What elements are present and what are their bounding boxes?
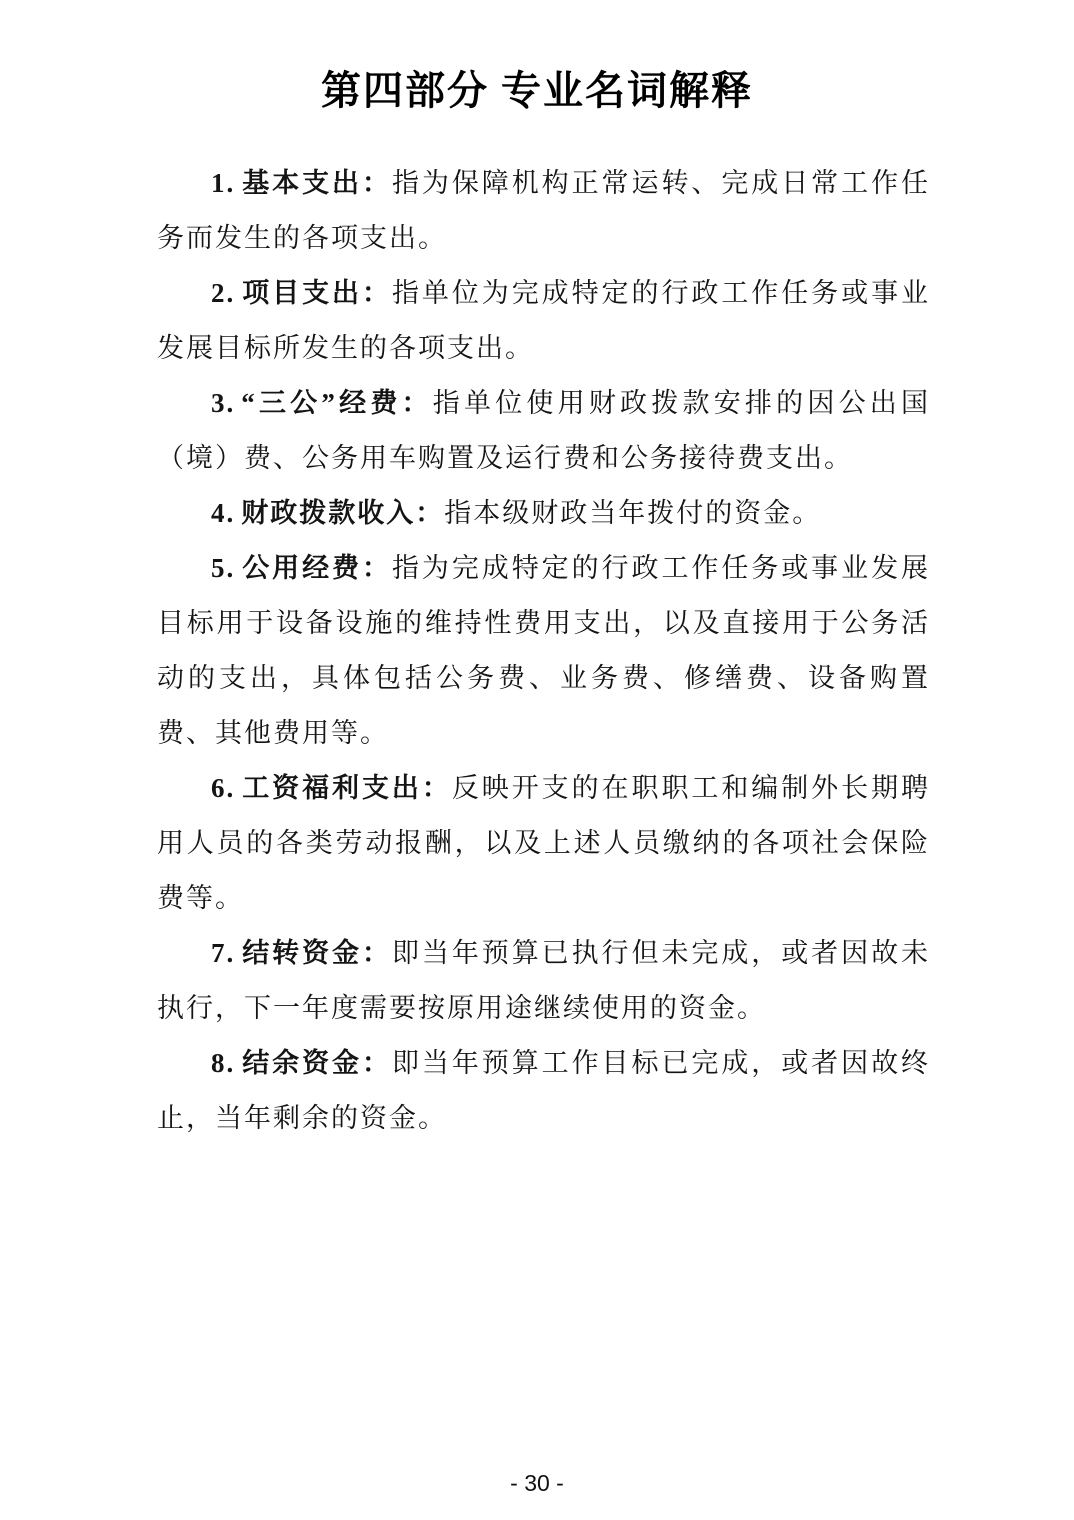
definition-term: 结余资金：	[241, 1048, 392, 1078]
definition-number: 6.	[211, 773, 235, 803]
definition-number: 7.	[211, 938, 235, 968]
page-number: - 30 -	[0, 1468, 1074, 1498]
definition-item-8: 8.结余资金：即当年预算工作目标已完成，或者因故终止，当年剩余的资金。	[157, 1036, 930, 1146]
definition-number: 5.	[211, 553, 235, 583]
definition-number: 8.	[211, 1048, 235, 1078]
definition-body: 指本级财政当年拨付的资金。	[444, 498, 821, 528]
definition-item-6: 6.工资福利支出：反映开支的在职职工和编制外长期聘用人员的各类劳动报酬，以及上述…	[157, 761, 930, 926]
definition-number: 2.	[211, 278, 235, 308]
document-page: 第四部分 专业名词解释 1.基本支出：指为保障机构正常运转、完成日常工作任务而发…	[0, 0, 1074, 1520]
definition-item-5: 5.公用经费：指为完成特定的行政工作任务或事业发展目标用于设备设施的维持性费用支…	[157, 541, 930, 761]
definition-number: 4.	[211, 498, 235, 528]
definition-number: 3.	[211, 388, 235, 418]
definition-item-4: 4.财政拨款收入：指本级财政当年拨付的资金。	[157, 486, 930, 541]
definition-item-7: 7.结转资金：即当年预算已执行但未完成，或者因故未执行，下一年度需要按原用途继续…	[157, 926, 930, 1036]
definition-term: 工资福利支出：	[241, 773, 452, 803]
definition-term: 基本支出：	[241, 168, 392, 198]
definition-item-3: 3.“三公”经费：指单位使用财政拨款安排的因公出国（境）费、公务用车购置及运行费…	[157, 376, 930, 486]
definition-term: “三公”经费：	[241, 388, 433, 418]
definition-number: 1.	[211, 168, 235, 198]
definition-term: 公用经费：	[241, 553, 392, 583]
definitions-section: 1.基本支出：指为保障机构正常运转、完成日常工作任务而发生的各项支出。 2.项目…	[0, 156, 1074, 1146]
definition-term: 结转资金：	[241, 938, 392, 968]
page-title: 第四部分 专业名词解释	[0, 0, 1074, 120]
definition-item-1: 1.基本支出：指为保障机构正常运转、完成日常工作任务而发生的各项支出。	[157, 156, 930, 266]
definition-item-2: 2.项目支出：指单位为完成特定的行政工作任务或事业发展目标所发生的各项支出。	[157, 266, 930, 376]
definition-term: 财政拨款收入：	[241, 498, 444, 528]
definition-term: 项目支出：	[241, 278, 392, 308]
